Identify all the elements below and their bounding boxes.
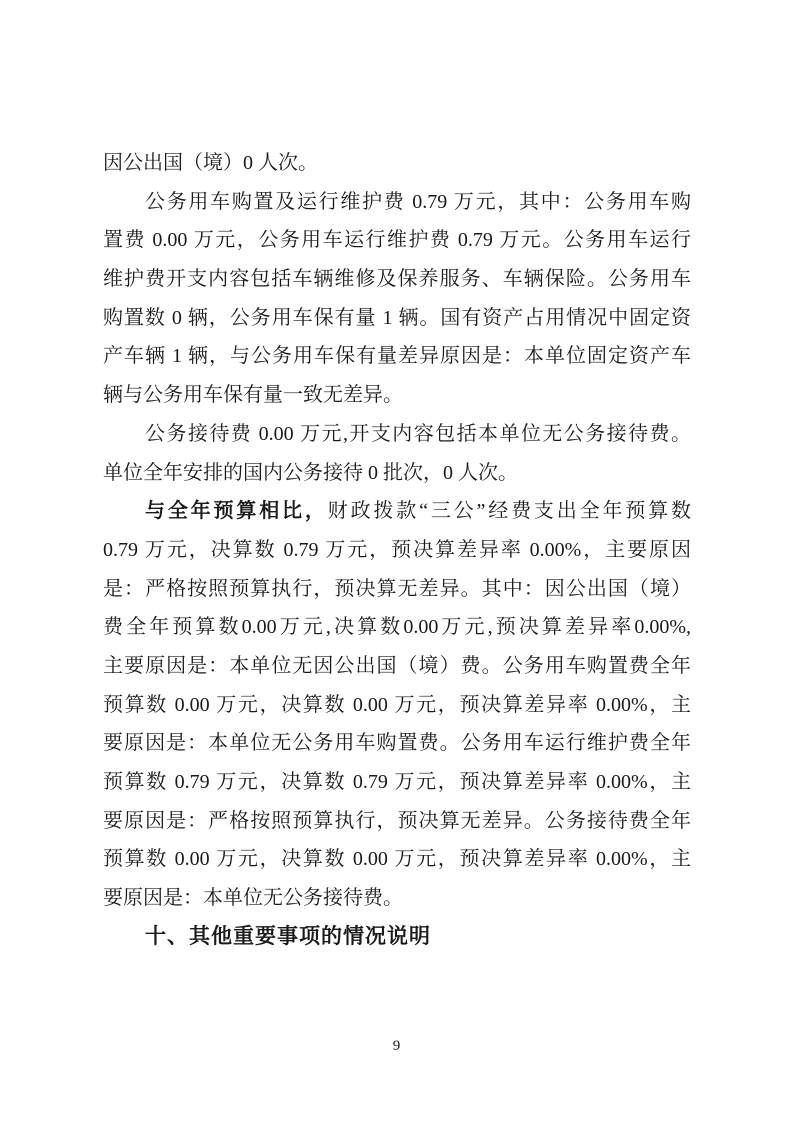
text-line: 因公出国（境）0 人次。 [103,144,691,183]
text-line: 单位全年安排的国内公务接待 0 批次，0 人次。 [103,454,691,493]
text-line: 与全年预算相比，财政拨款“三公”经费支出全年预算数 [103,492,691,531]
text-line: 公务用车购置及运行维护费 0.79 万元，其中：公务用车购 [103,183,691,222]
text-line: 购置数 0 辆，公务用车保有量 1 辆。国有资产占用情况中固定资 [103,299,691,338]
text-line: 费全年预算数0.00万元,决算数0.00万元,预决算差异率0.00%, [103,608,691,647]
bold-lead-in: 与全年预算相比， [145,500,328,522]
text-line: 预算数 0.79 万元，决算数 0.79 万元，预决算差异率 0.00%，主 [103,763,691,802]
text-line: 辆与公务用车保有量一致无差异。 [103,376,691,415]
text-line: 产车辆 1 辆，与公务用车保有量差异原因是：本单位固定资产车 [103,337,691,376]
text-line: 是：严格按照预算执行，预决算无差异。其中：因公出国（境） [103,570,691,609]
text-line: 0.79 万元，决算数 0.79 万元，预决算差异率 0.00%，主要原因 [103,531,691,570]
text-line: 预算数 0.00 万元，决算数 0.00 万元，预决算差异率 0.00%，主 [103,840,691,879]
document-page: 因公出国（境）0 人次。公务用车购置及运行维护费 0.79 万元，其中：公务用车… [0,0,793,1122]
body-text-block: 因公出国（境）0 人次。公务用车购置及运行维护费 0.79 万元，其中：公务用车… [103,144,691,918]
section-heading: 十、其他重要事项的情况说明 [103,918,691,957]
text-line: 要原因是：本单位无公务接待费。 [103,879,691,918]
page-number: 9 [0,1038,793,1055]
text-line: 预算数 0.00 万元，决算数 0.00 万元，预决算差异率 0.00%，主 [103,686,691,725]
page-body: 因公出国（境）0 人次。公务用车购置及运行维护费 0.79 万元，其中：公务用车… [103,144,691,956]
text-line: 主要原因是：本单位无因公出国（境）费。公务用车购置费全年 [103,647,691,686]
text-line: 公务接待费 0.00 万元,开支内容包括本单位无公务接待费。 [103,415,691,454]
text-line: 置费 0.00 万元，公务用车运行维护费 0.79 万元。公务用车运行 [103,221,691,260]
line-text: 财政拨款“三公”经费支出全年预算数 [328,500,691,522]
text-line: 要原因是：本单位无公务用车购置费。公务用车运行维护费全年 [103,724,691,763]
text-line: 维护费开支内容包括车辆维修及保养服务、车辆保险。公务用车 [103,260,691,299]
text-line: 要原因是：严格按照预算执行，预决算无差异。公务接待费全年 [103,802,691,841]
